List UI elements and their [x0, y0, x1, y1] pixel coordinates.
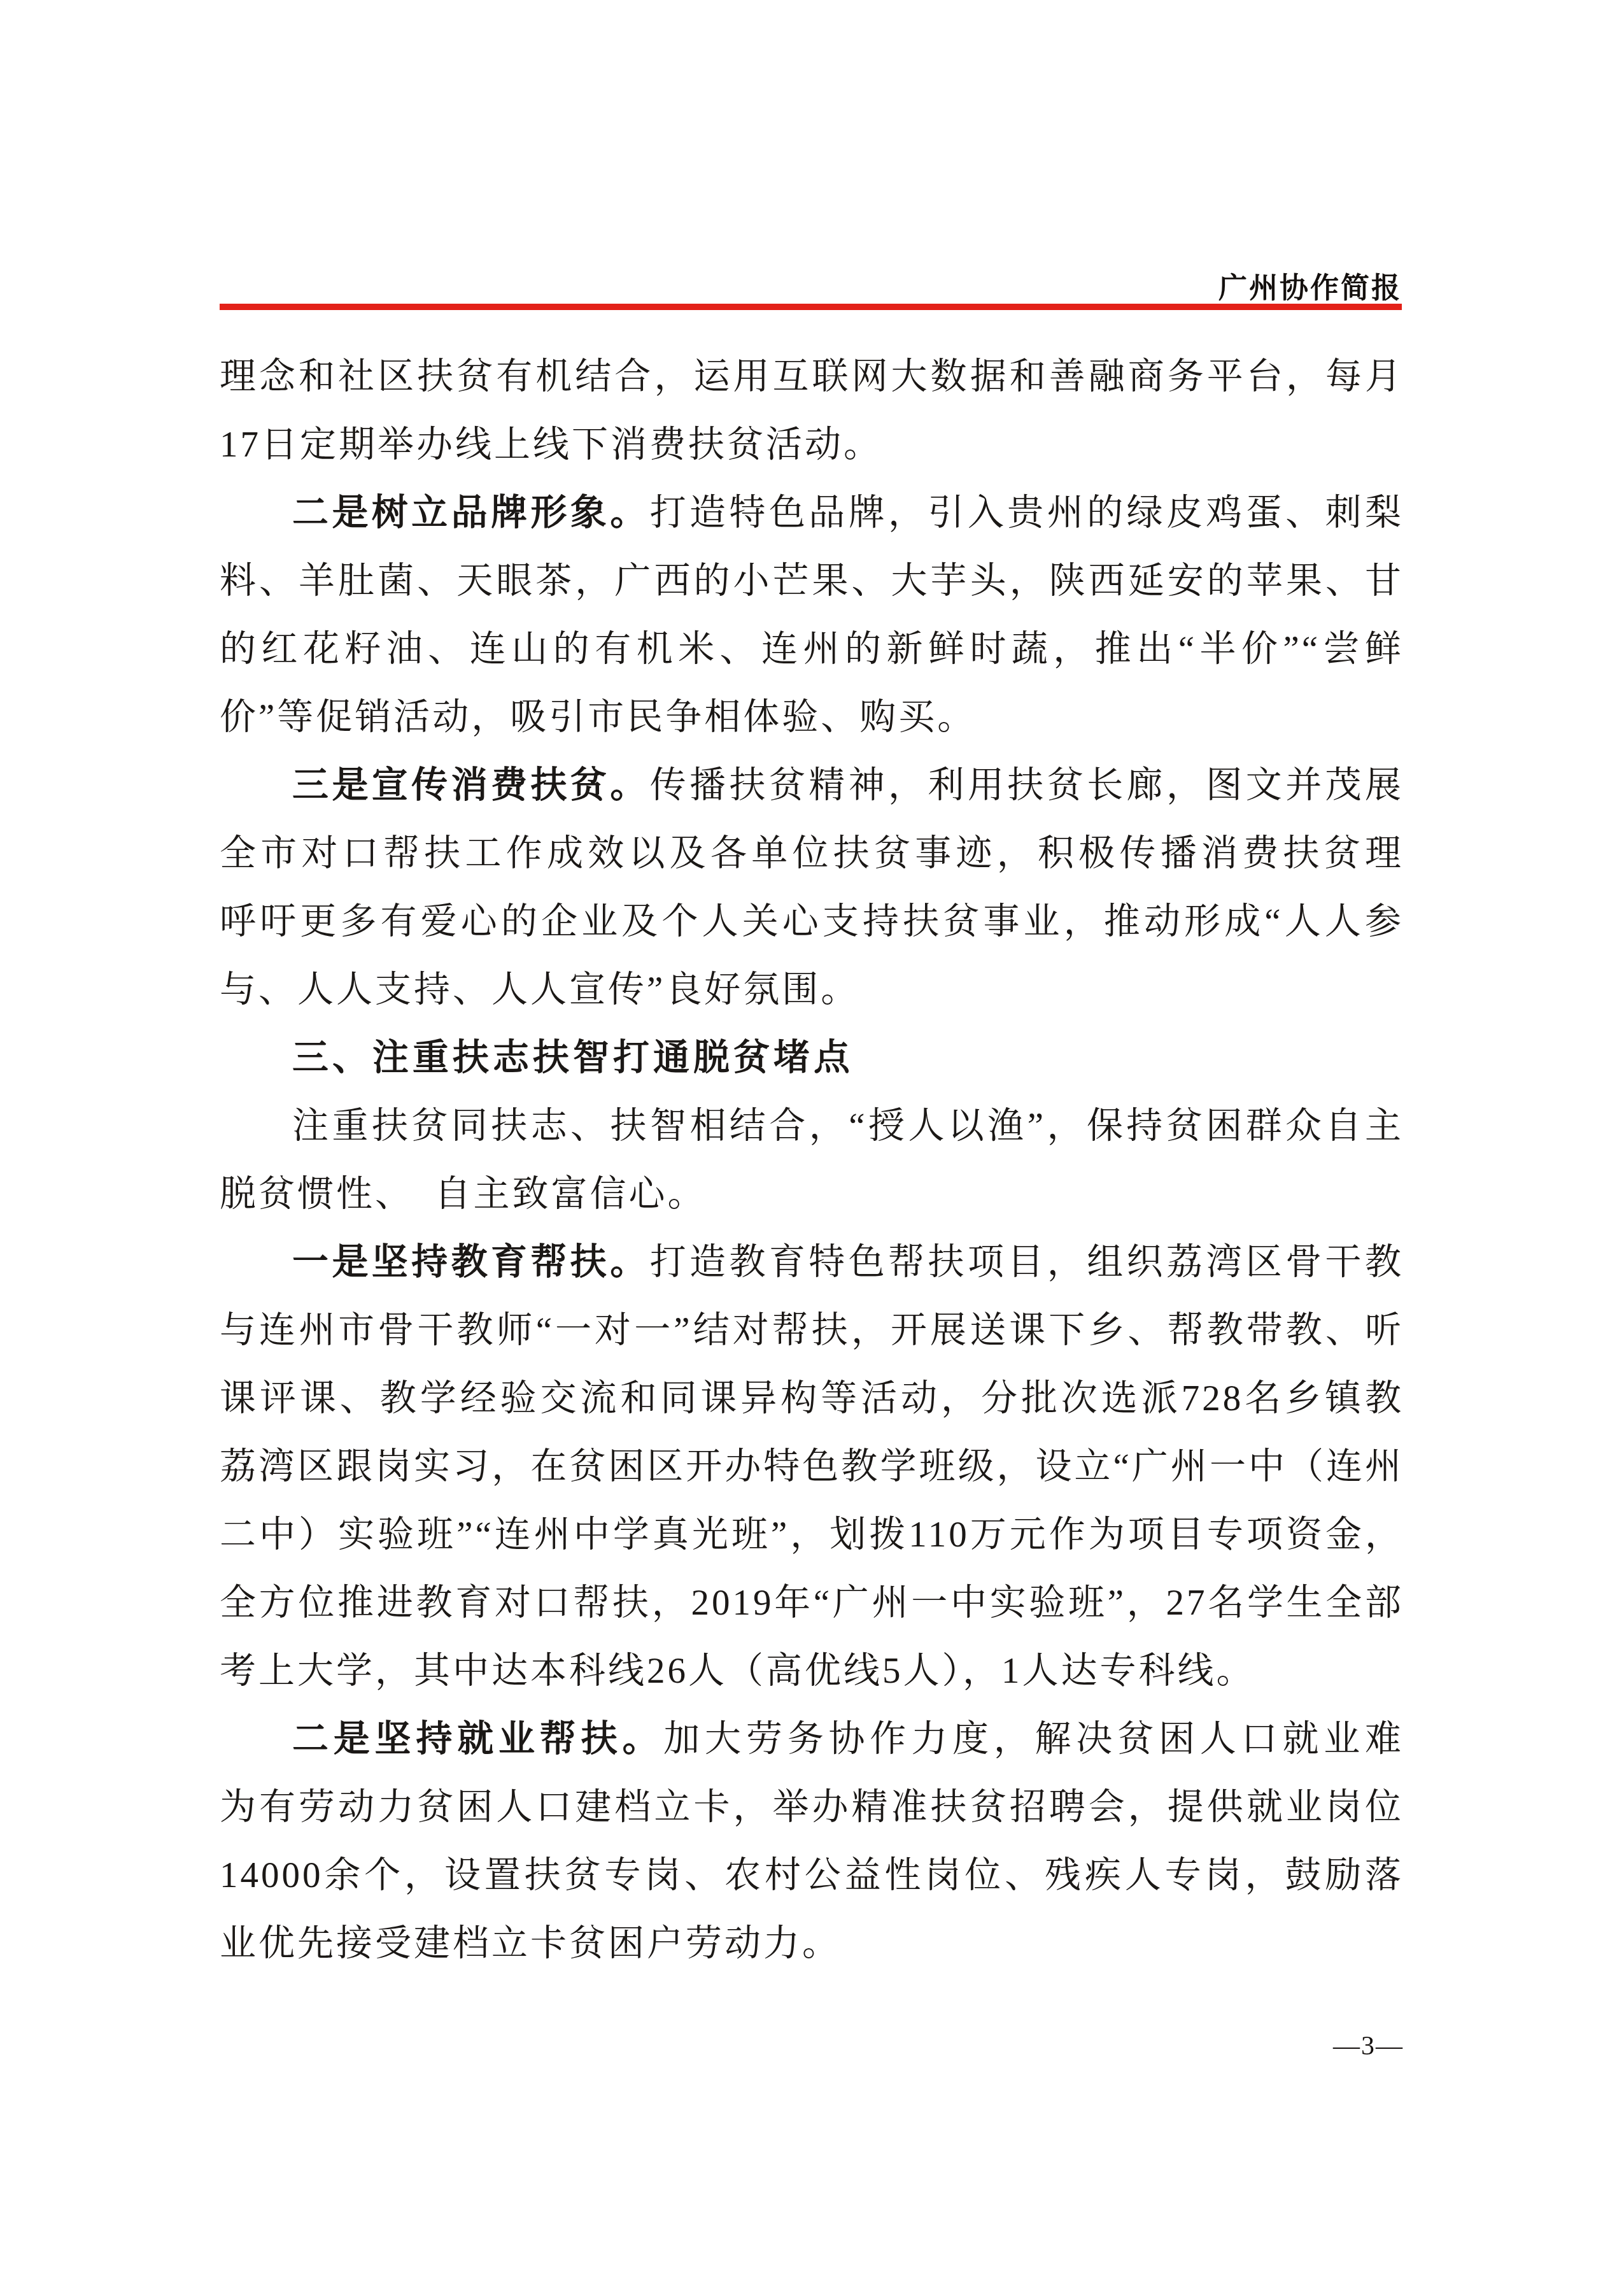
- text-segment: 价”等促销活动，吸引市民争相体验、购买。: [220, 697, 976, 737]
- text-line: 业优先接受建档立卡贫困户劳动力。: [220, 1909, 1404, 1977]
- text-segment: 二中）实验班”“连州中学真光班”，划拨110万元作为项目专项资金，: [220, 1515, 1404, 1555]
- paragraph-lead: 二是坚持就业帮扶。: [292, 1719, 663, 1759]
- text-line: 考上大学，其中达本科线26人（高优线5人），1人达专科线。: [220, 1637, 1404, 1705]
- text-segment: 考上大学，其中达本科线26人（高优线5人），1人达专科线。: [220, 1651, 1255, 1691]
- text-line: 二是树立品牌形象。打造特色品牌，引入贵州的绿皮鸡蛋、刺梨饮: [220, 479, 1404, 547]
- text-segment: 全市对口帮扶工作成效以及各单位扶贫事迹，积极传播消费扶贫理念，: [220, 833, 1404, 888]
- text-segment: 呼吁更多有爱心的企业及个人关心支持扶贫事业，推动形成“人人参: [220, 902, 1404, 942]
- text-segment: 的红花籽油、连山的有机米、连州的新鲜时蔬，推出“半价”“尝鲜: [220, 629, 1404, 669]
- text-line: 与、人人支持、人人宣传”良好氛围。: [220, 956, 1404, 1024]
- text-line: 理念和社区扶贫有机结合，运用互联网大数据和善融商务平台，每月: [220, 343, 1404, 411]
- text-segment: 与连州市骨干教师“一对一”结对帮扶，开展送课下乡、帮教带教、听: [220, 1310, 1404, 1350]
- text-segment: 料、羊肚菌、天眼茶，广西的小芒果、大芋头，陕西延安的苹果、甘肃: [220, 561, 1404, 615]
- paragraph-lead: 三是宣传消费扶贫。: [292, 765, 650, 805]
- text-line: 课评课、教学经验交流和同课异构等活动，分批次选派728名乡镇教师到: [220, 1364, 1404, 1433]
- text-line: 料、羊肚菌、天眼茶，广西的小芒果、大芋头，陕西延安的苹果、甘肃: [220, 547, 1404, 615]
- text-line: 14000余个，设置扶贫专岗、农村公益性岗位、残疾人专岗，鼓励落户企: [220, 1841, 1404, 1909]
- text-line: 二中）实验班”“连州中学真光班”，划拨110万元作为项目专项资金，: [220, 1501, 1404, 1569]
- text-line: 的红花籽油、连山的有机米、连州的新鲜时蔬，推出“半价”“尝鲜: [220, 615, 1404, 683]
- text-line: 呼吁更多有爱心的企业及个人关心支持扶贫事业，推动形成“人人参: [220, 888, 1404, 956]
- text-line: 脱贫惯性、 自主致富信心。: [220, 1160, 1404, 1228]
- text-segment: 业优先接受建档立卡贫困户劳动力。: [220, 1923, 841, 1963]
- header-brand-title: 广州协作简报: [1218, 265, 1402, 306]
- text-segment: 荔湾区跟岗实习，在贫困区开办特色教学班级，设立“广州一中（连州: [220, 1447, 1404, 1487]
- text-segment: 脱贫惯性、 自主致富信心。: [220, 1174, 707, 1214]
- paragraph-lead: 一是坚持教育帮扶。: [292, 1242, 650, 1282]
- text-segment: 14000余个，设置扶贫专岗、农村公益性岗位、残疾人专岗，鼓励落户企: [220, 1855, 1404, 1909]
- text-line: 全市对口帮扶工作成效以及各单位扶贫事迹，积极传播消费扶贫理念，: [220, 819, 1404, 888]
- text-line: 17日定期举办线上线下消费扶贫活动。: [220, 411, 1404, 479]
- section-heading: 三、注重扶志扶智打通脱贫堵点: [220, 1024, 1404, 1092]
- text-line: 一是坚持教育帮扶。打造教育特色帮扶项目，组织荔湾区骨干教师: [220, 1228, 1404, 1296]
- document-body: 理念和社区扶贫有机结合，运用互联网大数据和善融商务平台，每月17日定期举办线上线…: [220, 343, 1404, 1977]
- text-segment: 与、人人支持、人人宣传”良好氛围。: [220, 970, 859, 1010]
- text-segment: 课评课、教学经验交流和同课异构等活动，分批次选派728名乡镇教师到: [220, 1378, 1404, 1433]
- text-line: 三是宣传消费扶贫。传播扶贫精神，利用扶贫长廊，图文并茂展示: [220, 751, 1404, 819]
- text-segment: 17日定期举办线上线下消费扶贫活动。: [220, 425, 882, 465]
- text-segment: 理念和社区扶贫有机结合，运用互联网大数据和善融商务平台，每月: [220, 357, 1404, 397]
- text-segment: 注重扶贫同扶志、扶智相结合，“授人以渔”，保持贫困群众自主: [292, 1106, 1404, 1146]
- text-line: 为有劳动力贫困人口建档立卡，举办精准扶贫招聘会，提供就业岗位: [220, 1773, 1404, 1841]
- text-line: 荔湾区跟岗实习，在贫困区开办特色教学班级，设立“广州一中（连州: [220, 1433, 1404, 1501]
- text-line: 注重扶贫同扶志、扶智相结合，“授人以渔”，保持贫困群众自主: [220, 1092, 1404, 1160]
- header-rule: [220, 304, 1402, 310]
- text-line: 二是坚持就业帮扶。加大劳务协作力度，解决贫困人口就业难题，: [220, 1705, 1404, 1773]
- text-line: 全方位推进教育对口帮扶，2019年“广州一中实验班”，27名学生全部: [220, 1569, 1404, 1637]
- text-segment: 全方位推进教育对口帮扶，2019年“广州一中实验班”，27名学生全部: [220, 1583, 1404, 1623]
- paragraph-lead: 二是树立品牌形象。: [292, 493, 650, 533]
- text-line: 与连州市骨干教师“一对一”结对帮扶，开展送课下乡、帮教带教、听: [220, 1296, 1404, 1364]
- text-segment: 为有劳动力贫困人口建档立卡，举办精准扶贫招聘会，提供就业岗位: [220, 1787, 1404, 1827]
- paragraph-lead: 三、注重扶志扶智打通脱贫堵点: [292, 1037, 854, 1078]
- text-line: 价”等促销活动，吸引市民争相体验、购买。: [220, 683, 1404, 751]
- footer-page-number: —3—: [1333, 2031, 1404, 2062]
- document-page: 广州协作简报 理念和社区扶贫有机结合，运用互联网大数据和善融商务平台，每月17日…: [0, 0, 1624, 2278]
